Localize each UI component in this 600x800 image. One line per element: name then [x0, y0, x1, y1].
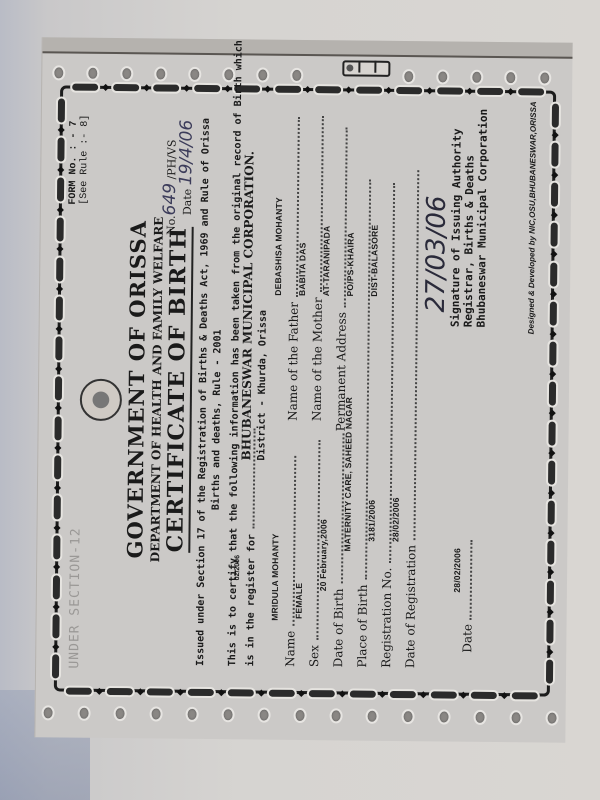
dob-label: Date of Birth: [331, 588, 346, 667]
father-label: Name of the Father: [286, 302, 301, 421]
regno-value: 3181/2006: [366, 500, 376, 542]
form-number: FORM No. : - 7 [See Rule :- 8]: [68, 115, 91, 205]
issued-under-text: Issued under Section 17 of the Registrat…: [195, 118, 212, 666]
paper-top-band: [43, 37, 573, 59]
sex-label: Sex: [307, 645, 321, 667]
issued-under-text-2: Births and deaths, Rule - 2001: [211, 329, 224, 510]
pob-label: Place of Birth: [355, 584, 370, 667]
binding-slot: [342, 60, 390, 77]
reference-date: Date 19/4/06: [176, 120, 197, 216]
register-date: 02/2006: [234, 555, 241, 580]
ref-no-label: No.: [165, 215, 178, 235]
authority-name: BHUBANESWAR MUNICIPAL CORPORATION.: [239, 151, 256, 461]
issue-date-value: 28/02/2006: [452, 548, 462, 593]
address-line-2: PO/PS-KHAIRA: [345, 232, 356, 296]
certify-text-2: is in the register for: [241, 428, 258, 667]
mother-label: Name of the Mother: [310, 297, 325, 421]
address-line-1: AT-TARANIPADA: [321, 226, 332, 297]
regdate-label: Date of Registration: [403, 545, 418, 668]
certificate-sheet: UNDER SECTION-12 FORM No. : - 7 [See Rul…: [34, 37, 572, 743]
pob-value: MATERNITY CARE, SAHEED NAGAR: [342, 397, 354, 552]
field-name: Name: [279, 456, 300, 667]
decorative-border: UNDER SECTION-12 FORM No. : - 7 [See Rul…: [54, 85, 556, 696]
register-label: is in the register for: [245, 534, 257, 667]
signature-block: Signature of Issuing Authority Registrar…: [449, 109, 490, 328]
ref-date-handwritten: 19/4/06: [176, 120, 197, 186]
issue-date-label: Date: [460, 624, 474, 653]
mother-value: BABITA DAS: [297, 242, 308, 296]
name-label: Name: [283, 631, 297, 667]
address-line-3: DIST-BALASORE: [369, 225, 380, 297]
certificate-title-text: CERTIFICATE OF BIRTH: [162, 227, 193, 553]
footer-designed-by: Designed & Developed by NIC,OSU,BHUBANES…: [527, 101, 538, 334]
district-text: District - Khurda, Orissa: [256, 310, 269, 461]
signature-line-3: Bhubaneswar Municipal Corporation: [475, 109, 490, 328]
form-rule-text: [See Rule :- 8]: [79, 115, 91, 205]
field-regdate: Date of Registration: [399, 170, 423, 668]
sex-value: FEMALE: [294, 583, 304, 619]
state-emblem-icon: [80, 379, 122, 421]
stamp-under-section: UNDER SECTION-12: [67, 527, 83, 668]
ref-date-label: Date: [181, 189, 194, 215]
tractor-holes-bottom: [36, 705, 566, 725]
certificate-content: UNDER SECTION-12 FORM No. : - 7 [See Rul…: [57, 88, 553, 693]
handwritten-signature: 27/03/06: [421, 195, 452, 312]
regno-label: Registration No.: [379, 568, 394, 668]
regdate-value: 28/02/2006: [390, 497, 400, 542]
father-value: DEBASHISA MOHANTY: [273, 197, 284, 296]
dob-value: 20 February,2006: [318, 519, 329, 591]
name-value: MRIDULA MOHANTY: [270, 533, 281, 620]
